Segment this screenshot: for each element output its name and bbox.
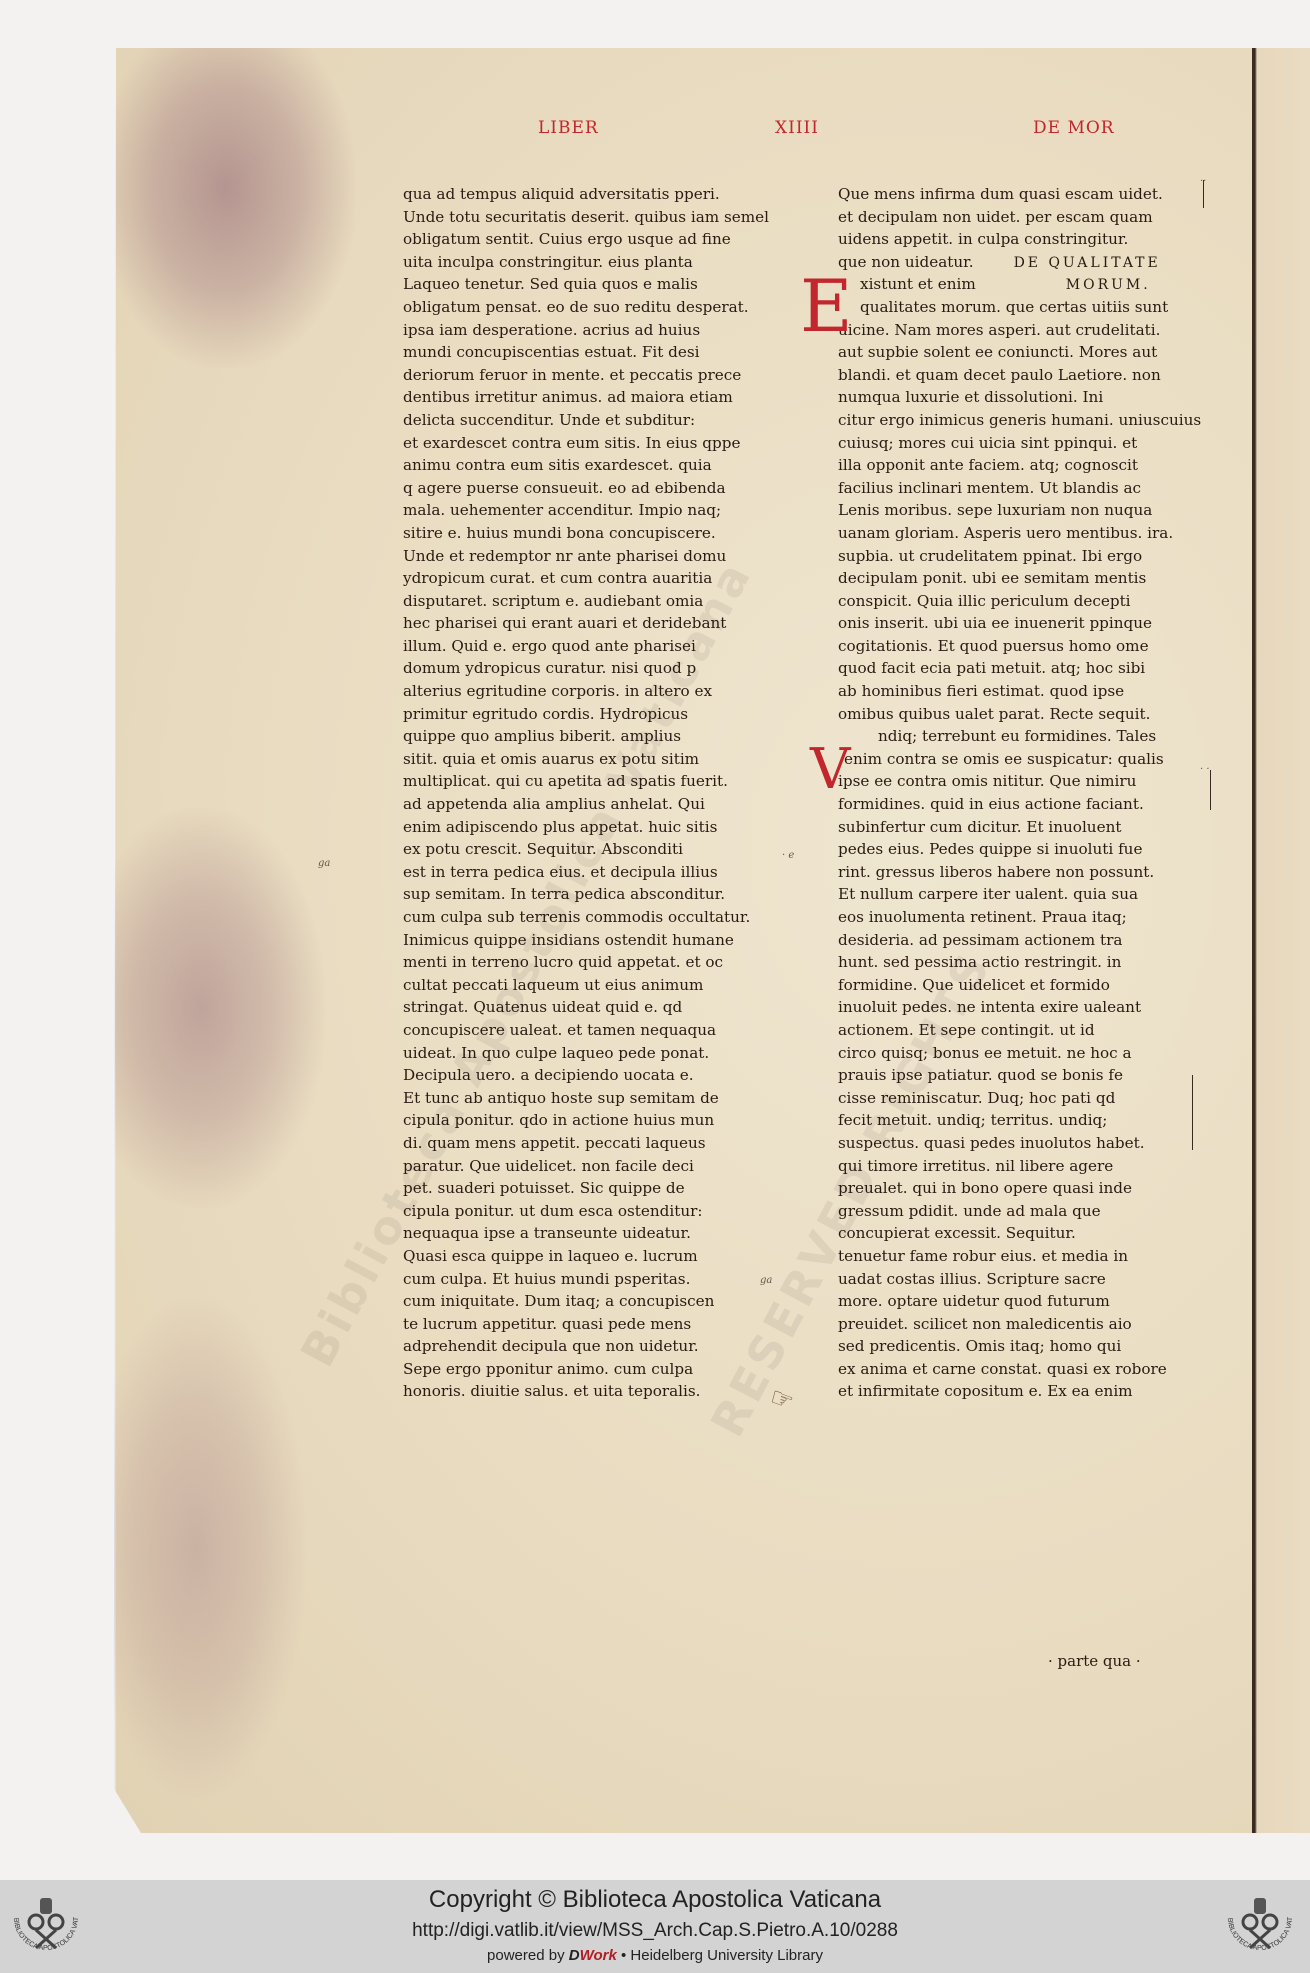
margin-rule xyxy=(1210,770,1211,810)
text-column-left: qua ad tempus aliquid adversitatis pperi… xyxy=(403,183,783,1403)
manuscript-line: cisse reminiscatur. Duq; hoc pati qd xyxy=(838,1087,1218,1110)
manuscript-line: paratur. Que uidelicet. non facile deci xyxy=(403,1155,783,1178)
manuscript-line: primitur egritudo cordis. Hydropicus xyxy=(403,703,783,726)
manuscript-line: q agere puerse consueuit. eo ad ebibenda xyxy=(403,477,783,500)
manuscript-line: enim contra se omis ee suspicatur: quali… xyxy=(838,748,1218,771)
manuscript-line: ad appetenda alia amplius anhelat. Qui xyxy=(403,793,783,816)
chapter-heading: DE QUALITATE xyxy=(1014,255,1161,271)
manuscript-line: decipulam ponit. ubi ee semitam mentis xyxy=(838,567,1218,590)
manuscript-line: te lucrum appetitur. quasi pede mens xyxy=(403,1313,783,1336)
manuscript-line: obligatum sentit. Cuius ergo usque ad fi… xyxy=(403,228,783,251)
manuscript-line: uadat costas illius. Scripture sacre xyxy=(838,1268,1218,1291)
vatican-library-seal-icon: BIBLIOTECA APOSTOLICA VATICANA xyxy=(1220,1888,1300,1968)
manuscript-line: subinfertur cum dicitur. Et inuoluent xyxy=(838,816,1218,839)
manuscript-line: concupierat excessit. Sequitur. xyxy=(838,1222,1218,1245)
manuscript-line: preualet. qui in bono opere quasi inde xyxy=(838,1177,1218,1200)
copyright-text: Copyright © Biblioteca Apostolica Vatica… xyxy=(0,1886,1310,1914)
manuscript-line: uicine. Nam mores asperi. aut crudelitat… xyxy=(838,319,1218,342)
foxing-stain xyxy=(76,808,326,1208)
manuscript-line: honoris. diuitie salus. et uita teporali… xyxy=(403,1380,783,1403)
manuscript-line: obligatum pensat. eo de suo reditu despe… xyxy=(403,296,783,319)
manuscript-line: preuidet. scilicet non maledicentis aio xyxy=(838,1313,1218,1336)
manuscript-line: qua ad tempus aliquid adversitatis pperi… xyxy=(403,183,783,206)
manuscript-line: Laqueo tenetur. Sed quia quos e malis xyxy=(403,273,783,296)
manuscript-line: sitire e. huius mundi bona concupiscere. xyxy=(403,522,783,545)
manuscript-line: sitit. quia et omis auarus ex potu sitim xyxy=(403,748,783,771)
manuscript-line: xistunt et enimMORUM. xyxy=(838,273,1218,296)
manuscript-line: delicta succenditur. Unde et subditur: xyxy=(403,409,783,432)
manuscript-line: blandi. et quam decet paulo Laetiore. no… xyxy=(838,364,1218,387)
manuscript-line: actionem. Et sepe contingit. ut id xyxy=(838,1019,1218,1042)
manuscript-line: ipsa iam desperatione. acrius ad huius xyxy=(403,319,783,342)
text-column-right: Que mens infirma dum quasi escam uidet.e… xyxy=(838,183,1218,1403)
manuscript-line: cipula ponitur. qdo in actione huius mun xyxy=(403,1109,783,1132)
manuscript-line: dentibus irretitur animus. ad maiora eti… xyxy=(403,386,783,409)
manuscript-line: nequaqua ipse a transeunte uideatur. xyxy=(403,1222,783,1245)
manuscript-line: sup semitam. In terra pedica absconditur… xyxy=(403,883,783,906)
dwork-logo[interactable]: DWork xyxy=(569,1947,617,1964)
manuscript-line: onis inserit. ubi uia ee inuenerit ppinq… xyxy=(838,612,1218,635)
powered-by-text: powered by DWork • Heidelberg University… xyxy=(0,1947,1310,1964)
marginal-note: ga xyxy=(760,1275,772,1286)
manuscript-line: est in terra pedica eius. et decipula il… xyxy=(403,861,783,884)
manuscript-line: cum iniquitate. Dum itaq; a concupiscen xyxy=(403,1290,783,1313)
manuscript-line: supbia. ut crudelitatem ppinat. Ibi ergo xyxy=(838,545,1218,568)
manuscript-line: uanam gloriam. Asperis uero mentibus. ir… xyxy=(838,522,1218,545)
manuscript-line: inuoluit pedes. ne intenta exire ualeant xyxy=(838,996,1218,1019)
manuscript-line: concupiscere ualeat. et tamen nequaqua xyxy=(403,1019,783,1042)
manuscript-line: Inimicus quippe insidians ostendit human… xyxy=(403,929,783,952)
manuscript-line: eos inuolumenta retinent. Praua itaq; xyxy=(838,906,1218,929)
manuscript-line: ipse ee contra omis nititur. Que nimiru xyxy=(838,770,1218,793)
manuscript-line: Sepe ergo pponitur animo. cum culpa xyxy=(403,1358,783,1381)
manuscript-line: ex anima et carne constat. quasi ex robo… xyxy=(838,1358,1218,1381)
manuscript-line: gressum pdidit. unde ad mala que xyxy=(838,1200,1218,1223)
manuscript-line: uita inculpa constringitur. eius planta xyxy=(403,251,783,274)
manuscript-line: animu contra eum sitis exardescet. quia xyxy=(403,454,783,477)
margin-rule xyxy=(1203,180,1204,208)
manuscript-line: enim adipiscendo plus appetat. huic siti… xyxy=(403,816,783,839)
manuscript-line: di. quam mens appetit. peccati laqueus xyxy=(403,1132,783,1155)
manuscript-line: mundi concupiscentias estuat. Fit desi xyxy=(403,341,783,364)
marginal-note: ga xyxy=(318,858,330,869)
manuscript-line: menti in terreno lucro quid appetat. et … xyxy=(403,951,783,974)
manuscript-line: illum. Quid e. ergo quod ante pharisei xyxy=(403,635,783,658)
manuscript-line: Quasi esca quippe in laqueo e. lucrum xyxy=(403,1245,783,1268)
catchword: · parte qua · xyxy=(1048,1652,1141,1670)
manuscript-line: ndiq; terrebunt eu formidines. Tales xyxy=(838,725,1218,748)
manuscript-line: tenuetur fame robur eius. et media in xyxy=(838,1245,1218,1268)
manuscript-line: Lenis moribus. sepe luxuriam non nuqua xyxy=(838,499,1218,522)
manuscript-line: et infirmitate copositum e. Ex ea enim xyxy=(838,1380,1218,1403)
manuscript-line: sed predicentis. Omis itaq; homo qui xyxy=(838,1335,1218,1358)
manuscript-line: quod facit ecia pati metuit. atq; hoc si… xyxy=(838,657,1218,680)
manuscript-line: uidens appetit. in culpa constringitur. xyxy=(838,228,1218,251)
manuscript-line: quippe quo amplius biberit. amplius xyxy=(403,725,783,748)
manuscript-line: cum culpa sub terrenis commodis occultat… xyxy=(403,906,783,929)
manuscript-line: ab hominibus fieri estimat. quod ipse xyxy=(838,680,1218,703)
manuscript-line: cuiusq; mores cui uicia sint ppinqui. et xyxy=(838,432,1218,455)
copyright-footer: BIBLIOTECA APOSTOLICA VATICANA Copyright… xyxy=(0,1880,1310,1973)
manuscript-line: ex potu crescit. Sequitur. Absconditi xyxy=(403,838,783,861)
manuscript-line: aut supbie solent ee coniuncti. Mores au… xyxy=(838,341,1218,364)
manuscript-line: disputaret. scriptum e. audiebant omia xyxy=(403,590,783,613)
running-head-liber: LIBER xyxy=(538,118,599,138)
manuscript-line: multiplicat. qui cu apetita ad spatis fu… xyxy=(403,770,783,793)
manuscript-line: numqua luxurie et dissolutioni. Ini xyxy=(838,386,1218,409)
manuscript-line: desideria. ad pessimam actionem tra xyxy=(838,929,1218,952)
manuscript-line: Unde et redemptor nr ante pharisei domu xyxy=(403,545,783,568)
chapter-heading: MORUM. xyxy=(1066,277,1151,293)
manuscript-line: cipula ponitur. ut dum esca ostenditur: xyxy=(403,1200,783,1223)
manuscript-line: domum ydropicus curatur. nisi quod p xyxy=(403,657,783,680)
manuscript-line: pet. suaderi potuisset. Sic quippe de xyxy=(403,1177,783,1200)
manuscript-line: uideat. In quo culpe laqueo pede ponat. xyxy=(403,1042,783,1065)
manuscript-line: ydropicum curat. et cum contra auaritia xyxy=(403,567,783,590)
manuscript-line: prauis ipse patiatur. quod se bonis fe xyxy=(838,1064,1218,1087)
manuscript-line: citur ergo inimicus generis humani. uniu… xyxy=(838,409,1218,432)
manuscript-line: rint. gressus liberos habere non possunt… xyxy=(838,861,1218,884)
manuscript-line: formidine. Que uidelicet et formido xyxy=(838,974,1218,997)
manuscript-line: adprehendit decipula que non uidetur. xyxy=(403,1335,783,1358)
decorated-initial-e: E xyxy=(800,270,853,342)
manuscript-line: cogitationis. Et quod puersus homo ome xyxy=(838,635,1218,658)
running-head-title: DE MOR xyxy=(1033,118,1115,138)
manuscript-line: Unde totu securitatis deserit. quibus ia… xyxy=(403,206,783,229)
manuscript-line: cum culpa. Et huius mundi psperitas. xyxy=(403,1268,783,1291)
manuscript-line: omibus quibus ualet parat. Recte sequit. xyxy=(838,703,1218,726)
manuscript-line: illa opponit ante faciem. atq; cognoscit xyxy=(838,454,1218,477)
manuscript-line: hunt. sed pessima actio restringit. in xyxy=(838,951,1218,974)
marginal-mark: · · xyxy=(1200,764,1210,775)
manuscript-line: pedes eius. Pedes quippe si inuoluti fue xyxy=(838,838,1218,861)
manuscript-line: facilius inclinari mentem. Ut blandis ac xyxy=(838,477,1218,500)
manuscript-line: qui timore irretitus. nil libere agere xyxy=(838,1155,1218,1178)
manuscript-line: deriorum feruor in mente. et peccatis pr… xyxy=(403,364,783,387)
running-head-book-number: XIIII xyxy=(775,118,819,138)
manuscript-line: Decipula uero. a decipiendo uocata e. xyxy=(403,1064,783,1087)
manuscript-line: cultat peccati laqueum ut eius animum xyxy=(403,974,783,997)
permalink-url[interactable]: http://digi.vatlib.it/view/MSS_Arch.Cap.… xyxy=(0,1920,1310,1942)
foxing-stain xyxy=(96,8,356,368)
image-viewer: Biblioteca Apostolica Vaticana RESERVED … xyxy=(0,0,1310,1880)
manuscript-line: Et nullum carpere iter ualent. quia sua xyxy=(838,883,1218,906)
manuscript-line: circo quisq; bonus ee metuit. ne hoc a xyxy=(838,1042,1218,1065)
manuscript-line: formidines. quid in eius actione faciant… xyxy=(838,793,1218,816)
manuscript-line: et decipulam non uidet. per escam quam xyxy=(838,206,1218,229)
facing-page-edge xyxy=(1252,48,1310,1833)
manuscript-line: alterius egritudine corporis. in altero … xyxy=(403,680,783,703)
manuscript-line: more. optare uidetur quod futurum xyxy=(838,1290,1218,1313)
manuscript-line: Que mens infirma dum quasi escam uidet. xyxy=(838,183,1218,206)
foxing-stain xyxy=(86,1298,306,1798)
manuscript-line: hec pharisei qui erant auari et derideba… xyxy=(403,612,783,635)
margin-rule xyxy=(1192,1075,1193,1150)
manuscript-line: et exardescet contra eum sitis. In eius … xyxy=(403,432,783,455)
manuscript-line: conspicit. Quia illic periculum decepti xyxy=(838,590,1218,613)
manuscript-line: Et tunc ab antiquo hoste sup semitam de xyxy=(403,1087,783,1110)
manuscript-line: qualitates morum. que certas uitiis sunt xyxy=(838,296,1218,319)
marginal-note: · e xyxy=(782,850,794,861)
manuscript-line: stringat. Quatenus uideat quid e. qd xyxy=(403,996,783,1019)
manuscript-line: que non uideatur.DE QUALITATE xyxy=(838,251,1218,274)
manuscript-line: mala. uehementer accenditur. Impio naq; xyxy=(403,499,783,522)
decorated-initial-v: V xyxy=(810,742,850,798)
manuscript-line: fecit metuit. undiq; territus. undiq; xyxy=(838,1109,1218,1132)
manuscript-line: suspectus. quasi pedes inuolutos habet. xyxy=(838,1132,1218,1155)
